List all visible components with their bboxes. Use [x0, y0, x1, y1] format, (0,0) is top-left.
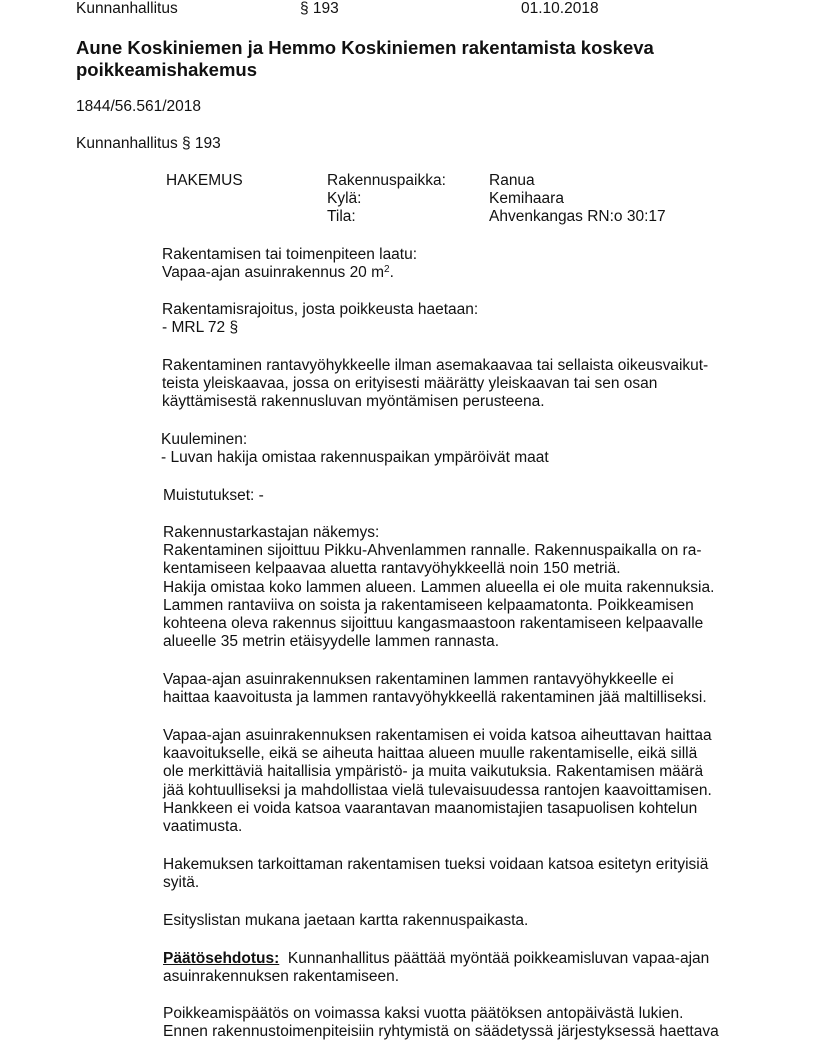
row-value-building-site: Ranua — [489, 172, 535, 190]
restriction-block: Rakentamisrajoitus, josta poikkeusta hae… — [162, 301, 742, 337]
hearing-block: Kuuleminen: - Luvan hakija omistaa raken… — [161, 431, 741, 467]
header-date: 01.10.2018 — [521, 0, 599, 18]
paragraph-shore-zone: Rakentaminen rantavyöhykkeelle ilman ase… — [162, 357, 742, 412]
decision-proposal-label: Päätösehdotus: — [163, 950, 279, 967]
header-body: Kunnanhallitus — [76, 0, 178, 18]
paragraph-validity: Poikkeamispäätös on voimassa kaksi vuott… — [163, 1005, 743, 1041]
inspector-label: Rakennustarkastajan näkemys: — [163, 524, 743, 542]
restriction-label: Rakentamisrajoitus, josta poikkeusta hae… — [162, 301, 742, 319]
construction-type-label: Rakentamisen tai toimenpiteen laatu: — [162, 246, 742, 264]
inspector-view-block: Rakennustarkastajan näkemys: Rakentamine… — [163, 524, 743, 651]
hearing-label: Kuuleminen: — [161, 431, 741, 449]
application-heading: HAKEMUS — [166, 172, 243, 190]
decision-proposal: Päätösehdotus: Kunnanhallitus päättää my… — [163, 950, 743, 986]
section-reference: Kunnanhallitus § 193 — [76, 135, 221, 153]
diary-number: 1844/56.561/2018 — [76, 98, 201, 116]
construction-type-block: Rakentamisen tai toimenpiteen laatu: Vap… — [162, 246, 742, 282]
row-label-village: Kylä: — [327, 190, 361, 208]
restriction-value: - MRL 72 § — [162, 319, 742, 337]
row-label-building-site: Rakennuspaikka: — [327, 172, 446, 190]
paragraph-special-reasons: Hakemuksen tarkoittaman rakentamisen tue… — [163, 856, 743, 892]
row-label-estate: Tila: — [327, 208, 356, 226]
decision-proposal-text: Kunnanhallitus päättää myöntää poikkeami… — [288, 950, 709, 967]
construction-type-value: Vapaa-ajan asuinrakennus 20 m2. — [162, 264, 742, 282]
header-section: § 193 — [300, 0, 339, 18]
objections: Muistutukset: - — [163, 487, 743, 505]
paragraph-map-note: Esityslistan mukana jaetaan kartta raken… — [163, 912, 743, 930]
row-value-estate: Ahvenkangas RN:o 30:17 — [489, 208, 666, 226]
hearing-value: - Luvan hakija omistaa rakennuspaikan ym… — [161, 449, 741, 467]
page-title: Aune Koskiniemen ja Hemmo Koskiniemen ra… — [76, 37, 716, 81]
paragraph-impacts: Vapaa-ajan asuinrakennuksen rakentamisen… — [163, 727, 743, 836]
paragraph-zoning: Vapaa-ajan asuinrakennuksen rakentaminen… — [163, 671, 743, 707]
row-value-village: Kemihaara — [489, 190, 564, 208]
